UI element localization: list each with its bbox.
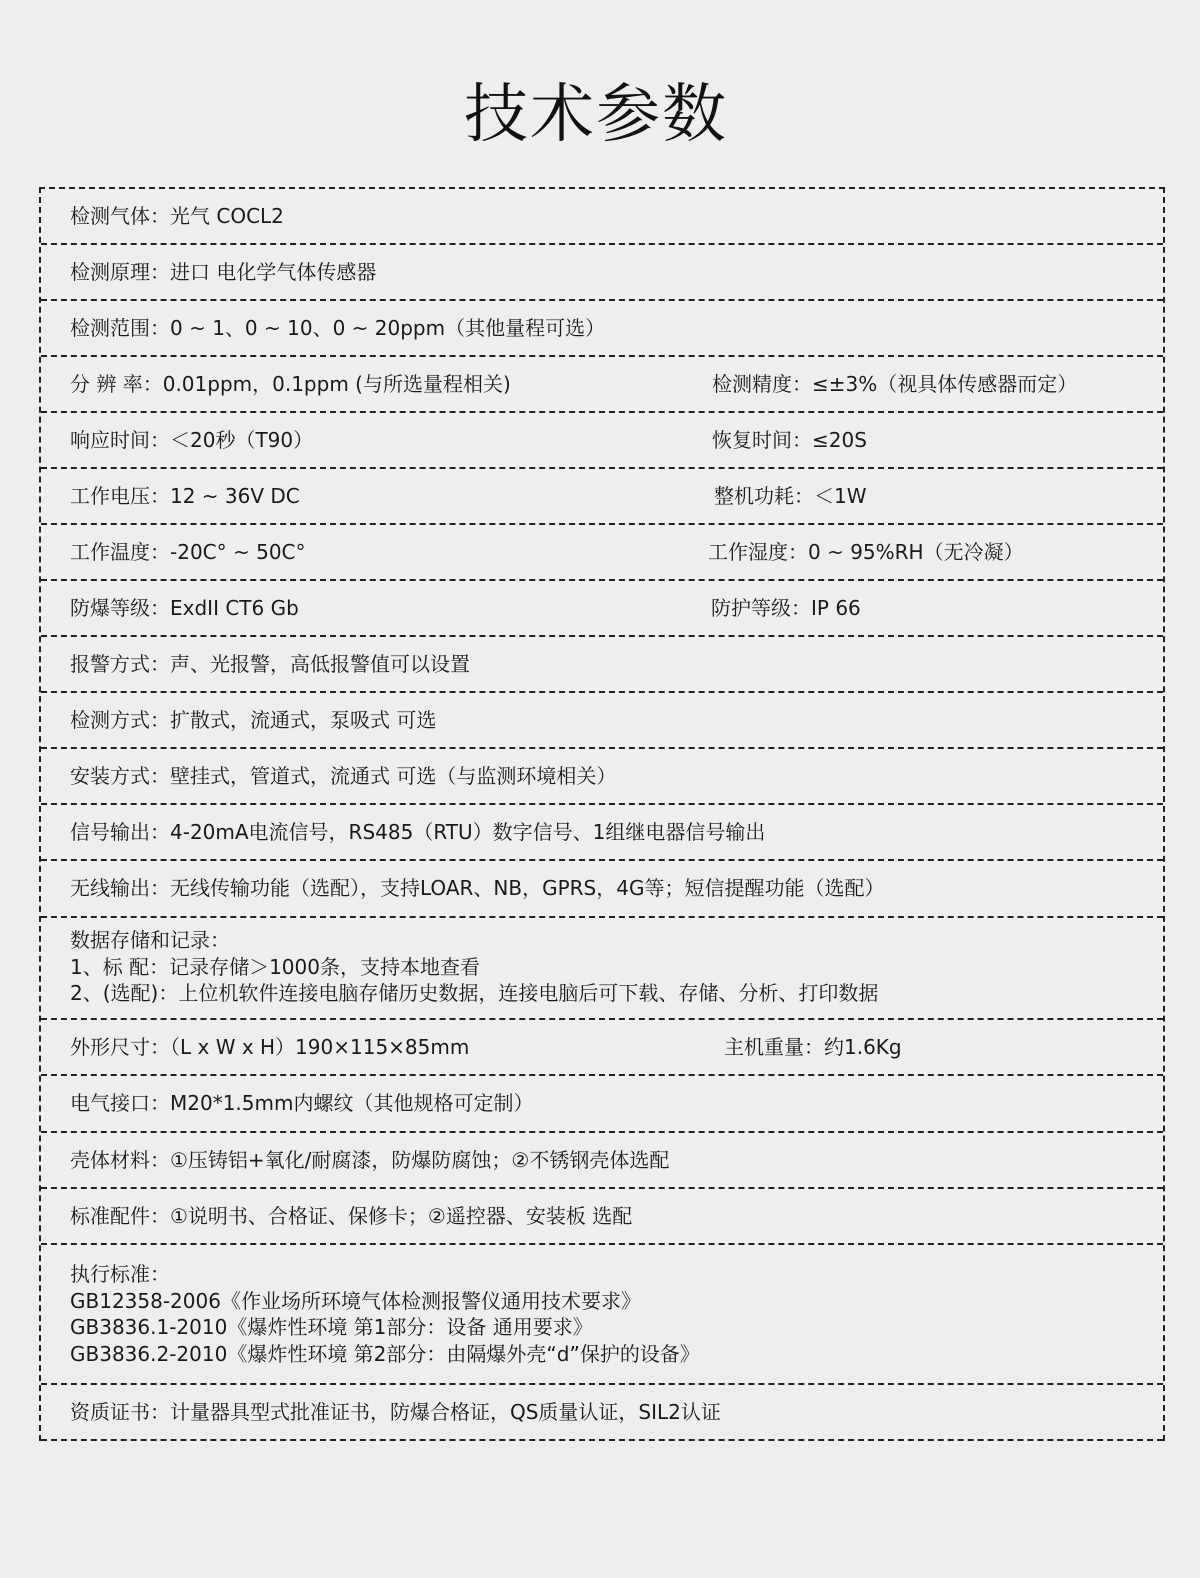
standards-heading: 执行标准： — [70, 1261, 1163, 1288]
page-title: 技术参数 — [0, 72, 1192, 158]
spec-row-dimensions: 外形尺寸：（L x W x H）190×115×85mm 主机重量：约1.6Kg — [41, 1020, 1163, 1076]
spec-row-response: 响应时间：＜20秒（T90） 恢复时间：≤20S — [41, 413, 1163, 469]
standard-gb3836-1: GB3836.1-2010《爆炸性环境 第1部分：设备 通用要求》 — [70, 1314, 1163, 1341]
spec-row-gas: 检测气体：光气 COCL2 — [41, 189, 1163, 245]
spec-temperature: 工作温度：-20C° ~ 50C° — [70, 539, 306, 565]
spec-voltage: 工作电压：12 ~ 36V DC — [70, 483, 300, 509]
spec-certificates: 资质证书：计量器具型式批准证书，防爆合格证，QS质量认证，SIL2认证 — [70, 1399, 721, 1425]
spec-signal-output: 信号输出：4-20mA电流信号，RS485（RTU）数字信号、1组继电器信号输出 — [70, 819, 765, 845]
spec-housing-material: 壳体材料：①压铸铝+氧化/耐腐漆，防爆防腐蚀；②不锈钢壳体选配 — [70, 1147, 669, 1173]
spec-gas: 检测气体：光气 COCL2 — [70, 203, 284, 229]
spec-row-range: 检测范围：0 ~ 1、0 ~ 10、0 ~ 20ppm（其他量程可选） — [41, 301, 1163, 357]
spec-alarm: 报警方式：声、光报警，高低报警值可以设置 — [70, 651, 470, 677]
standard-gb12358: GB12358-2006《作业场所环境气体检测报警仪通用技术要求》 — [70, 1288, 1163, 1315]
spec-row-voltage: 工作电压：12 ~ 36V DC 整机功耗：＜1W — [41, 469, 1163, 525]
spec-row-housing: 壳体材料：①压铸铝+氧化/耐腐漆，防爆防腐蚀；②不锈钢壳体选配 — [41, 1133, 1163, 1189]
spec-row-certificates: 资质证书：计量器具型式批准证书，防爆合格证，QS质量认证，SIL2认证 — [41, 1385, 1163, 1441]
storage-heading: 数据存储和记录： — [70, 927, 1163, 954]
spec-recovery-time: 恢复时间：≤20S — [712, 427, 867, 453]
spec-range: 检测范围：0 ~ 1、0 ~ 10、0 ~ 20ppm（其他量程可选） — [70, 315, 605, 341]
spec-detection-mode: 检测方式：扩散式，流通式，泵吸式 可选 — [70, 707, 436, 733]
spec-row-interface: 电气接口：M20*1.5mm内螺纹（其他规格可定制） — [41, 1076, 1163, 1133]
spec-protection-grade: 防护等级：IP 66 — [711, 595, 861, 621]
spec-row-alarm: 报警方式：声、光报警，高低报警值可以设置 — [41, 637, 1163, 693]
storage-standard: 1、标 配：记录存储＞1000条，支持本地查看 — [70, 954, 1163, 981]
spec-row-signal: 信号输出：4-20mA电流信号，RS485（RTU）数字信号、1组继电器信号输出 — [41, 805, 1163, 861]
spec-row-storage: 数据存储和记录： 1、标 配：记录存储＞1000条，支持本地查看 2、(选配)：… — [41, 918, 1163, 1020]
spec-table: 检测气体：光气 COCL2 检测原理：进口 电化学气体传感器 检测范围：0 ~ … — [39, 187, 1165, 1441]
spec-electrical-interface: 电气接口：M20*1.5mm内螺纹（其他规格可定制） — [70, 1090, 533, 1116]
spec-power: 整机功耗：＜1W — [714, 483, 867, 509]
spec-humidity: 工作湿度：0 ~ 95%RH（无冷凝） — [708, 539, 1024, 565]
storage-optional: 2、(选配)：上位机软件连接电脑存储历史数据，连接电脑后可下载、存储、分析、打印… — [70, 980, 1163, 1007]
spec-principle: 检测原理：进口 电化学气体传感器 — [70, 259, 376, 285]
spec-accessories: 标准配件：①说明书、合格证、保修卡；②遥控器、安装板 选配 — [70, 1203, 632, 1229]
spec-explosion-grade: 防爆等级：ExdII CT6 Gb — [70, 595, 299, 621]
spec-row-wireless: 无线输出：无线传输功能（选配），支持LOAR、NB，GPRS，4G等；短信提醒功… — [41, 861, 1163, 918]
spec-row-standards: 执行标准： GB12358-2006《作业场所环境气体检测报警仪通用技术要求》 … — [41, 1245, 1163, 1385]
spec-row-principle: 检测原理：进口 电化学气体传感器 — [41, 245, 1163, 301]
spec-row-explosion: 防爆等级：ExdII CT6 Gb 防护等级：IP 66 — [41, 581, 1163, 637]
spec-row-temperature: 工作温度：-20C° ~ 50C° 工作湿度：0 ~ 95%RH（无冷凝） — [41, 525, 1163, 581]
spec-resolution: 分 辨 率：0.01ppm，0.1ppm (与所选量程相关) — [70, 371, 511, 397]
spec-dimensions: 外形尺寸：（L x W x H）190×115×85mm — [70, 1034, 469, 1060]
standard-gb3836-2: GB3836.2-2010《爆炸性环境 第2部分：由隔爆外壳“d”保护的设备》 — [70, 1341, 1163, 1368]
spec-response-time: 响应时间：＜20秒（T90） — [70, 427, 313, 453]
spec-row-resolution: 分 辨 率：0.01ppm，0.1ppm (与所选量程相关) 检测精度：≤±3%… — [41, 357, 1163, 413]
spec-accuracy: 检测精度：≤±3%（视具体传感器而定） — [712, 371, 1077, 397]
spec-row-detection-mode: 检测方式：扩散式，流通式，泵吸式 可选 — [41, 693, 1163, 749]
spec-row-accessories: 标准配件：①说明书、合格证、保修卡；②遥控器、安装板 选配 — [41, 1189, 1163, 1245]
spec-row-installation: 安装方式：壁挂式，管道式，流通式 可选（与监测环境相关） — [41, 749, 1163, 805]
spec-installation: 安装方式：壁挂式，管道式，流通式 可选（与监测环境相关） — [70, 763, 616, 789]
spec-weight: 主机重量：约1.6Kg — [724, 1034, 902, 1060]
spec-wireless-output: 无线输出：无线传输功能（选配），支持LOAR、NB，GPRS，4G等；短信提醒功… — [70, 875, 884, 901]
